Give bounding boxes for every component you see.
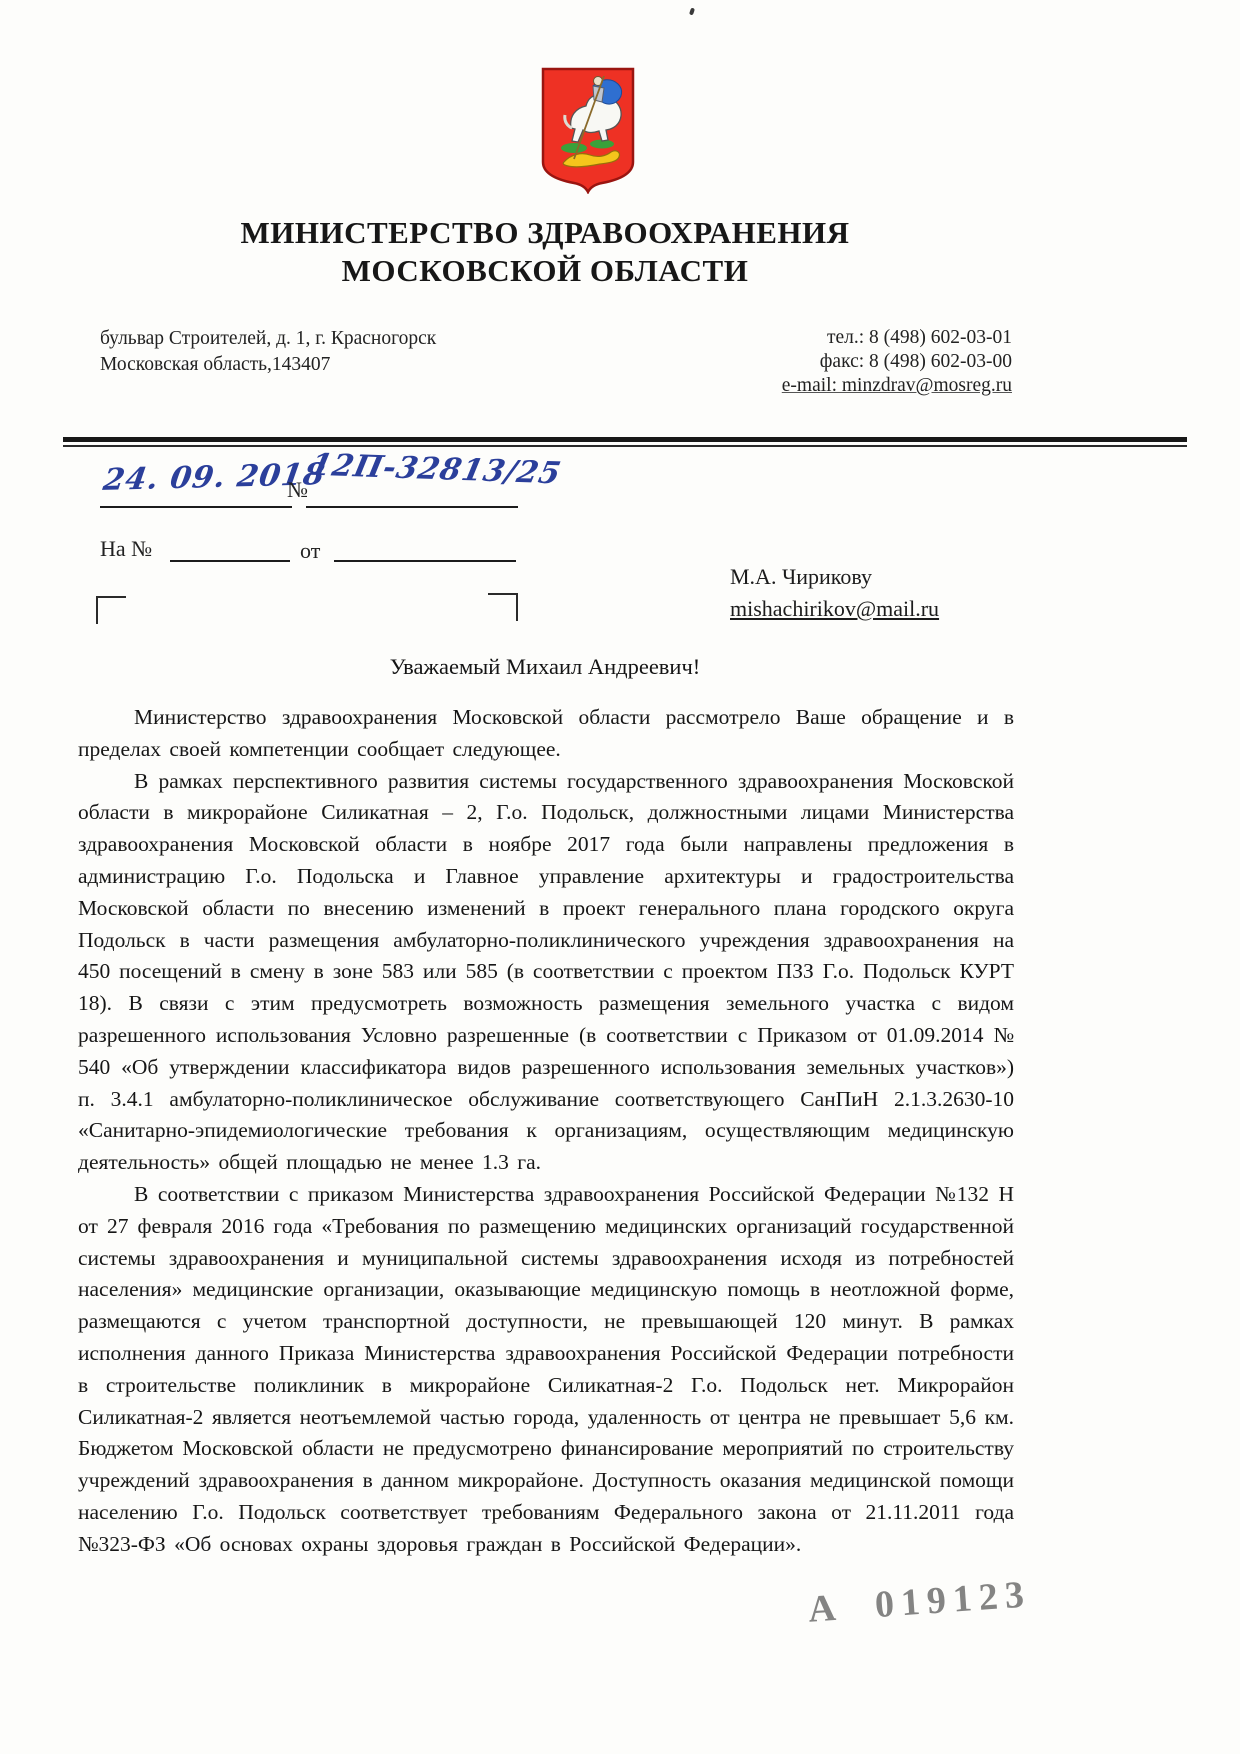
number-underline [306, 506, 518, 508]
date-underline [100, 506, 292, 508]
ministry-contacts: тел.: 8 (498) 602-03-01 факс: 8 (498) 60… [560, 326, 1012, 398]
ministry-title-line1: МИНИСТЕРСТВО ЗДРАВООХРАНЕНИЯ [78, 214, 1012, 252]
coat-of-arms-moscow-oblast-icon [538, 64, 638, 194]
ministry-address: бульвар Строителей, д. 1, г. Красногорск… [100, 326, 436, 378]
handwritten-outgoing-number: 12П-32813/25 [307, 448, 564, 492]
salutation: Уважаемый Михаил Андреевич! [78, 654, 1012, 680]
address-line2: Московская область,143407 [100, 352, 436, 378]
ministry-title: МИНИСТЕРСТВО ЗДРАВООХРАНЕНИЯ МОСКОВСКОЙ … [78, 214, 1012, 290]
recipient-name: М.А. Чирикову [730, 564, 872, 590]
reply-date-blank [334, 560, 516, 562]
scan-artifact [689, 8, 695, 16]
number-sign: № [287, 477, 308, 503]
fax-line: факс: 8 (498) 602-03-00 [560, 350, 1012, 374]
letter-body: Министерство здравоохранения Московской … [78, 702, 1014, 1561]
ministry-email-link[interactable]: e-mail: minzdrav@mosreg.ru [560, 374, 1012, 398]
inventory-number-stamp: А 019123 [807, 1572, 1032, 1631]
address-line1: бульвар Строителей, д. 1, г. Красногорск [100, 326, 436, 352]
paragraph-1: Министерство здравоохранения Московской … [78, 702, 1014, 766]
address-corner-mark-left [96, 596, 126, 624]
letterhead-divider [63, 437, 1187, 447]
address-corner-mark-right [488, 593, 518, 621]
scanned-letter-page: МИНИСТЕРСТВО ЗДРАВООХРАНЕНИЯ МОСКОВСКОЙ … [0, 0, 1240, 1754]
paragraph-3: В соответствии с приказом Министерства з… [78, 1179, 1014, 1561]
recipient-email-link[interactable]: mishachirikov@mail.ru [730, 596, 939, 622]
reply-from-label: от [300, 538, 320, 564]
ministry-title-line2: МОСКОВСКОЙ ОБЛАСТИ [78, 252, 1012, 290]
reply-number-blank [170, 560, 290, 562]
paragraph-2: В рамках перспективного развития системы… [78, 766, 1014, 1179]
reply-to-number-label: На № [100, 536, 152, 562]
phone-line: тел.: 8 (498) 602-03-01 [560, 326, 1012, 350]
